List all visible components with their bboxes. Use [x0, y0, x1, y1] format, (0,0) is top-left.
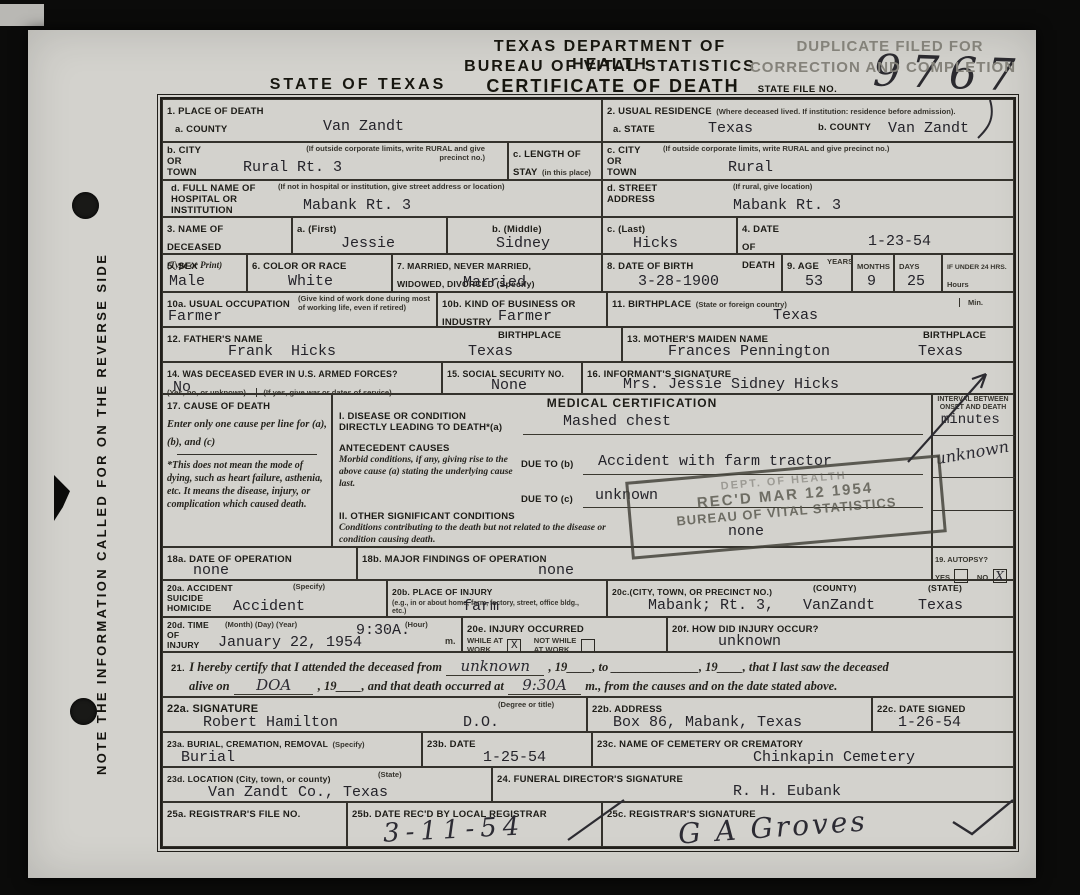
city-value: Rural Rt. 3 [243, 159, 342, 176]
street-note: (If rural, give location) [733, 183, 812, 192]
dob-label: 8. DATE OF BIRTH [607, 261, 693, 272]
cause-label: 17. CAUSE OF DEATH [167, 401, 270, 412]
duplicate-stamp-line1: DUPLICATE FILED FOR [770, 38, 1010, 55]
interval-a-value: minutes [941, 412, 1000, 428]
residence-city-note: (If outside corporate limits, write RURA… [663, 145, 993, 154]
middle-name-value: Sidney [496, 235, 550, 252]
certify-p5: m., from the causes and on the date stat… [585, 679, 837, 693]
cell-registrar-signature: 25c. REGISTRAR'S SIGNATURE G A Groves [602, 802, 1014, 847]
race-label: 6. COLOR OR RACE [252, 261, 347, 272]
cell-residence-city: c. CITY OR TOWN (If outside corporate li… [602, 142, 1014, 180]
time-of-injury-label: 20d. TIME OF INJURY [167, 620, 209, 650]
place-of-death-label: 1. PLACE OF DEATH [167, 106, 264, 117]
cell-last-name: c. (Last) Hicks [602, 217, 737, 254]
age-days-label: DAYS [899, 262, 919, 271]
cell-birthplace: 11. BIRTHPLACE (State or foreign country… [607, 292, 1014, 327]
age-months-value: 9 [867, 273, 876, 290]
street-label: d. STREET ADDRESS [607, 183, 657, 205]
injury-county-value: VanZandt [803, 597, 875, 614]
time-hour-value: 9:30A. [356, 622, 410, 639]
disease-value: Mashed chest [563, 413, 671, 430]
ssn-value: None [491, 377, 527, 394]
injury-city-label: 20c.(CITY, TOWN, OR PRECINCT NO.) [612, 587, 772, 597]
cell-informant: 16. INFORMANT'S SIGNATURE Mrs. Jessie Si… [582, 362, 1014, 394]
burial-note: (Specify) [333, 740, 365, 749]
informant-value: Mrs. Jessie Sidney Hicks [623, 376, 839, 393]
interval-label: INTERVAL BETWEEN ONSET AND DEATH [935, 396, 1011, 412]
first-name-value: Jessie [341, 235, 395, 252]
funeral-director-value: R. H. Eubank [733, 783, 841, 800]
cell-funeral-director: 24. FUNERAL DIRECTOR'S SIGNATURE R. H. E… [492, 767, 1014, 802]
certify-alive-value: DOA [234, 676, 313, 695]
cell-physician-address: 22b. ADDRESS Box 86, Mabank, Texas [587, 697, 872, 732]
cell-burial-location: 23d. LOCATION (City, town, or county) (S… [162, 767, 492, 802]
certify-p1: I hereby certify that I attended the dec… [189, 660, 442, 674]
operation-date-value: none [193, 562, 229, 579]
while-at-work-checkbox: X [507, 639, 521, 653]
header-title: CERTIFICATE OF DEATH [478, 76, 748, 97]
date-of-death-value: 1-23-54 [868, 233, 931, 250]
state-file-no-label: STATE FILE NO. [740, 84, 855, 95]
hospital-note: (If not in hospital or institution, give… [278, 183, 588, 192]
paper-edge-notch [54, 475, 70, 521]
header-bureau: BUREAU OF VITAL STATISTICS [455, 58, 765, 76]
injury-county-label: (COUNTY) [813, 583, 857, 593]
birthplace-label: 11. BIRTHPLACE [612, 299, 691, 310]
cell-usual-residence: 2. USUAL RESIDENCE (Where deceased lived… [602, 99, 1014, 142]
armed-forces-label: 14. WAS DECEASED EVER IN U.S. ARMED FORC… [167, 369, 398, 379]
time-m-label: m. [445, 636, 456, 646]
cell-ssn: 15. SOCIAL SECURITY NO. None [442, 362, 582, 394]
certify-p4: , 19____, and that death occurred at [318, 679, 504, 693]
residence-county-label: b. COUNTY [818, 122, 871, 133]
mother-birthplace-value: Texas [918, 343, 963, 360]
burial-date-label: 23b. DATE [427, 739, 476, 750]
cell-how-injury-occurred: 20f. HOW DID INJURY OCCUR? unknown [667, 617, 1014, 652]
sex-value: Male [169, 273, 205, 290]
father-value: Frank Hicks [228, 343, 336, 360]
scan-edge-artifact [0, 4, 44, 26]
under24-label: IF UNDER 24 HRS. [947, 264, 1007, 271]
cell-first-name: a. (First) Jessie [292, 217, 447, 254]
cell-street-address: d. STREET ADDRESS (If rural, give locati… [602, 180, 1014, 217]
margin-note: NOTE THE INFORMATION CALLED FOR ON THE R… [94, 180, 109, 848]
mother-value: Frances Pennington [668, 343, 830, 360]
cell-cause-of-death: 17. CAUSE OF DEATH Enter only one cause … [162, 394, 332, 547]
antecedent-label: ANTECEDENT CAUSES [339, 443, 450, 454]
burial-value: Burial [181, 749, 235, 766]
cell-city-of-death: b. CITY OR TOWN (If outside corporate li… [162, 142, 508, 180]
operation-findings-value: none [538, 562, 574, 579]
marital-value: Married [463, 274, 526, 291]
duplicate-stamp-line2: CORRECTION AND COMPLETION [728, 59, 1038, 76]
injury-state-value: Texas [918, 597, 963, 614]
cell-length-of-stay: c. LENGTH OF STAY (in this place) [508, 142, 602, 180]
cell-date-of-birth: 8. DATE OF BIRTH 3-28-1900 [602, 254, 782, 292]
age-days-value: 25 [907, 273, 925, 290]
hospital-label: d. FULL NAME OF HOSPITAL OR INSTITUTION [171, 183, 256, 217]
cell-age-months: MONTHS 9 [852, 254, 894, 292]
cell-race: 6. COLOR OR RACE White [247, 254, 392, 292]
cause-note: *This does not mean the mode of dying, s… [167, 459, 327, 511]
name-label: 3. NAME OF DECEASED [167, 224, 223, 253]
degree-value: D.O. [463, 714, 499, 731]
certificate-paper: NOTE THE INFORMATION CALLED FOR ON THE R… [28, 30, 1036, 878]
due-c-label: DUE TO (c) [521, 494, 573, 505]
cell-registrar-file-no: 25a. REGISTRAR'S FILE NO. [162, 802, 347, 847]
hospital-value: Mabank Rt. 3 [303, 197, 411, 214]
cell-mother: 13. MOTHER'S MAIDEN NAME BIRTHPLACE Fran… [622, 327, 1014, 362]
injury-occurred-label: 20e. INJURY OCCURRED [467, 624, 584, 635]
cell-cemetery: 23c. NAME OF CEMETERY OR CREMATORY Chink… [592, 732, 1014, 767]
cell-registrar-date: 25b. DATE REC'D BY LOCAL REGISTRAR 3-11-… [347, 802, 602, 847]
cell-occupation: 10a. USUAL OCCUPATION (Give kind of work… [162, 292, 437, 327]
physician-address-value: Box 86, Mabank, Texas [613, 714, 802, 731]
county-label: a. COUNTY [175, 124, 227, 135]
cell-certify-statement: 21. I hereby certify that I attended the… [162, 652, 1014, 697]
age-months-label: MONTHS [857, 262, 890, 271]
physician-signature-value: Robert Hamilton [203, 714, 338, 731]
cell-marital: 7. MARRIED, NEVER MARRIED, WIDOWED, DIVO… [392, 254, 602, 292]
cell-autopsy: 19. AUTOPSY? YES NO X [932, 547, 1014, 580]
residence-note: (Where deceased lived. If institution: r… [716, 107, 955, 116]
place-of-injury-label: 20b. PLACE OF INJURY [392, 587, 493, 597]
length-of-stay-note: (in this place) [542, 168, 591, 177]
dob-value: 3-28-1900 [638, 273, 719, 290]
cemetery-value: Chinkapin Cemetery [753, 749, 915, 766]
race-value: White [288, 273, 333, 290]
residence-city-label: c. CITY OR TOWN [607, 145, 641, 179]
antecedent-note: Morbid conditions, if any, giving rise t… [339, 455, 514, 491]
cell-age-under24: IF UNDER 24 HRS. Hours Min. [942, 254, 1014, 292]
age-label: 9. AGE [787, 261, 819, 272]
cell-age-years: 9. AGE YEARS 53 [782, 254, 852, 292]
industry-value: Farmer [498, 308, 552, 325]
birthplace-value: Texas [773, 307, 818, 324]
burial-location-value: Van Zandt Co., Texas [208, 784, 388, 801]
county-value: Van Zandt [323, 118, 404, 135]
disease-label: I. DISEASE OR CONDITION DIRECTLY LEADING… [339, 411, 502, 433]
registrar-file-label: 25a. REGISTRAR'S FILE NO. [167, 809, 300, 820]
cell-physician-signature: 22a. SIGNATURE (Degree or title) Robert … [162, 697, 587, 732]
cell-name-of-deceased: 3. NAME OF DECEASED (Type or Print) [162, 217, 292, 254]
cell-date-of-death: 4. DATE OF DEATH 1-23-54 [737, 217, 1014, 254]
not-while-at-work-checkbox [581, 639, 595, 653]
cell-hospital: d. FULL NAME OF HOSPITAL OR INSTITUTION … [162, 180, 602, 217]
middle-name-label: b. (Middle) [492, 224, 542, 235]
cell-date-of-operation: 18a. DATE OF OPERATION none [162, 547, 357, 580]
interval-b-value: unknown [934, 437, 1010, 469]
operation-findings-label: 18b. MAJOR FINDINGS OF OPERATION [362, 554, 547, 565]
how-injury-value: unknown [718, 633, 781, 650]
time-date-value: January 22, 1954 [218, 634, 362, 651]
sex-label: 5. SEX [167, 261, 198, 272]
operation-date-label: 18a. DATE OF OPERATION [167, 554, 292, 565]
mother-birthplace-label: BIRTHPLACE [923, 330, 986, 341]
cell-injury-occurred: 20e. INJURY OCCURRED WHILE AT WORK X NOT… [462, 617, 667, 652]
cell-place-of-injury: 20b. PLACE OF INJURY (e.g., in or about … [387, 580, 607, 617]
city-label: b. CITY OR TOWN [167, 145, 201, 179]
burial-location-state-label: (State) [378, 771, 402, 780]
accident-value: Accident [233, 598, 305, 615]
medical-cert-title: MEDICAL CERTIFICATION [337, 396, 927, 410]
residence-state-value: Texas [708, 120, 753, 137]
date-signed-value: 1-26-54 [898, 714, 961, 731]
residence-county-value: Van Zandt [888, 120, 969, 137]
occupation-note: (Give kind of work done during most of w… [298, 295, 433, 312]
cell-date-signed: 22c. DATE SIGNED 1-26-54 [872, 697, 1014, 732]
hole-punch-bottom [70, 698, 97, 725]
first-name-label: a. (First) [297, 224, 336, 235]
injury-city-value: Mabank; Rt. 3, [648, 597, 774, 614]
cell-accident-type: 20a. ACCIDENT SUICIDE HOMICIDE (Specify)… [162, 580, 387, 617]
registrar-date-value: 3-11-54 [382, 811, 526, 848]
certify-time-value: 9:30A [508, 676, 581, 695]
autopsy-label: 19. AUTOPSY? [935, 555, 988, 564]
residence-state-label: a. STATE [613, 124, 655, 135]
other-conditions-label: II. OTHER SIGNIFICANT CONDITIONS [339, 511, 515, 522]
certify-from-value: unknown [446, 657, 544, 676]
street-value: Mabank Rt. 3 [733, 197, 841, 214]
last-name-value: Hicks [633, 235, 678, 252]
residence-label: 2. USUAL RESIDENCE [607, 106, 712, 117]
residence-city-value: Rural [728, 159, 773, 176]
cell-armed-forces: 14. WAS DECEASED EVER IN U.S. ARMED FORC… [162, 362, 442, 394]
father-birthplace-label: BIRTHPLACE [498, 330, 561, 341]
cell-burial: 23a. BURIAL, CREMATION, REMOVAL (Specify… [162, 732, 422, 767]
burial-location-label: 23d. LOCATION (City, town, or county) [167, 774, 331, 784]
age-years-label: YEARS [827, 258, 853, 267]
due-b-label: DUE TO (b) [521, 459, 574, 470]
accident-note: (Specify) [293, 583, 325, 592]
degree-label: (Degree or title) [498, 701, 554, 710]
funeral-director-label: 24. FUNERAL DIRECTOR'S SIGNATURE [497, 774, 683, 785]
scanned-death-certificate: NOTE THE INFORMATION CALLED FOR ON THE R… [0, 0, 1080, 895]
place-of-injury-value: farm [463, 598, 499, 615]
burial-label: 23a. BURIAL, CREMATION, REMOVAL [167, 739, 328, 749]
header-state-of-texas: STATE OF TEXAS [238, 76, 478, 94]
accident-label: 20a. ACCIDENT SUICIDE HOMICIDE [167, 583, 233, 613]
cell-burial-date: 23b. DATE 1-25-54 [422, 732, 592, 767]
age-years-value: 53 [805, 273, 823, 290]
cell-industry: 10b. KIND OF BUSINESS OR INDUSTRY Farmer [437, 292, 607, 327]
disease-line [523, 434, 923, 435]
under24-hours-label: Hours [947, 280, 969, 289]
father-birthplace-value: Texas [468, 343, 513, 360]
cell-father: 12. FATHER'S NAME BIRTHPLACE Frank Hicks… [162, 327, 622, 362]
other-conditions-note: Conditions contributing to the death but… [339, 523, 609, 547]
certify-p3: alive on [189, 679, 230, 693]
certify-number: 21. [171, 663, 185, 674]
cause-sub: Enter only one cause per line for (a), (… [167, 419, 327, 448]
cell-place-of-death: 1. PLACE OF DEATH a. COUNTY Van Zandt [162, 99, 602, 142]
certify-p2: , 19____, to ______________, 19____, tha… [549, 660, 889, 674]
cell-injury-location: 20c.(CITY, TOWN, OR PRECINCT NO.) (COUNT… [607, 580, 1014, 617]
last-name-label: c. (Last) [607, 224, 645, 235]
cell-time-of-injury: 20d. TIME OF INJURY (Month) (Day) (Year)… [162, 617, 462, 652]
cell-age-days: DAYS 25 [894, 254, 942, 292]
cell-middle-name: b. (Middle) Sidney [447, 217, 602, 254]
injury-state-label: (STATE) [928, 583, 962, 593]
time-subs-label: (Month) (Day) (Year) [225, 621, 297, 630]
cell-sex: 5. SEX Male [162, 254, 247, 292]
occupation-value: Farmer [168, 308, 222, 325]
burial-date-value: 1-25-54 [483, 749, 546, 766]
